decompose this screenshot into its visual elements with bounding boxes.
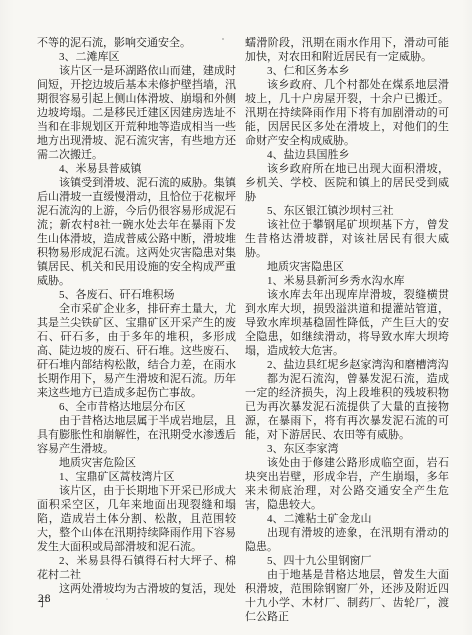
scan-speck	[222, 38, 224, 40]
paragraph: 由于昔格达地层属于半成岩地层，且具有膨胀性和崩解性，在汛期受水渗透后容易产生滑坡…	[37, 414, 236, 456]
paragraph: 5、各废石、矸石堆积场	[37, 288, 236, 302]
paragraph: 不等的泥石流，影响交通安全。	[37, 36, 236, 50]
paragraph: 1、宝鼎矿区蒿枝湾片区	[37, 470, 236, 484]
paragraph: 都为泥石流沟，曾暴发泥石流，造成一定的经济损失，沟上段堆积的残坡积物已为再次暴发…	[245, 372, 449, 442]
paragraph: 5、四十九公里钢窗厂	[245, 554, 449, 568]
paragraph: 该镇受到滑坡、泥石流的威胁。集镇后山滑坡一直缓慢滑动，且恰位于花椒坪泥石流沟的上…	[37, 176, 236, 288]
paragraph: 由于地基是昔格达地层，曾发生大面积滑坡，范围除钢窗厂外，还涉及附近四十九小学、木…	[245, 568, 449, 624]
paragraph: 4、米易县普威镇	[37, 162, 236, 176]
paragraph: 该处由于修建公路形成临空面，岩石块突出岩壁，形成伞岩，产生崩塌，多年来未彻底治理…	[245, 456, 449, 512]
text-column-right: 蠕滑阶段，汛期在雨水作用下，滑动可能加快，对农田和附近居民有一定威胁。3、仁和区…	[245, 36, 449, 624]
paragraph: 该片区一是环湖路依山而建，建成时间短，开挖边坡后基本未修护壁挡墙，汛期很容易引起…	[37, 64, 236, 162]
paragraph: 4、盐边县国胜乡	[245, 148, 449, 162]
paragraph: 地质灾害隐患区	[245, 260, 449, 274]
paragraph: 蠕滑阶段，汛期在雨水作用下，滑动可能加快，对农田和附近居民有一定威胁。	[245, 36, 449, 64]
paragraph: 地质灾害危险区	[37, 456, 236, 470]
text-column-left: 不等的泥石流，影响交通安全。3、二滩库区该片区一是环湖路依山而建，建成时间短，开…	[37, 36, 236, 610]
paragraph: 该乡政府所在地已出现大面积滑坡，乡机关、学校、医院和镇上的居民受到威胁	[245, 162, 449, 204]
paragraph: 1、米易县新河乡秀水沟水库	[245, 274, 449, 288]
paragraph: 全市采矿企业多，排矸弃土量大，尤其是兰尖铁矿区、宝鼎矿区开采产生的废石、矸石多，…	[37, 302, 236, 400]
paragraph: 2、米易县得石镇得石村大坪子、棉花村二社	[37, 554, 236, 582]
paragraph: 出现有滑坡的迹象，在汛期有滑动的隐患。	[245, 526, 449, 554]
paragraph: 5、东区银江镇沙坝村三社	[245, 204, 449, 218]
paragraph: 这两处滑坡均为古滑坡的复活，现处于	[37, 582, 236, 610]
paragraph: 3、二滩库区	[37, 50, 236, 64]
paragraph: 该乡政府、几个村都处在煤系地层滑坡上，几十户房屋开裂，十余户已搬迁。汛期在持续降…	[245, 78, 449, 148]
scan-speck	[106, 598, 108, 600]
scanned-document-page: 不等的泥石流，影响交通安全。3、二滩库区该片区一是环湖路依山而建，建成时间短，开…	[0, 0, 472, 635]
paragraph: 该片区，由于长期地下开采已形成大面积采空区，几年来地面出现裂缝和塌陷，造成岩土体…	[37, 484, 236, 554]
paragraph: 4、二滩粘土矿金龙山	[245, 512, 449, 526]
paragraph: 3、仁和区务本乡	[245, 64, 449, 78]
paragraph: 该社位于攀钢尾矿坝坝基下方，曾发生昔格达滑坡群，对该社居民有很大威胁。	[245, 218, 449, 260]
page-number: 28	[38, 593, 52, 605]
paragraph: 该水库去年出现库岸滑坡，裂缝横贯到水库大坝，损毁溢洪道和提灌站管道，导致水库坝基…	[245, 288, 449, 358]
paragraph: 3、东区李家湾	[245, 442, 449, 456]
paragraph: 2、盐边县红坭乡赵家湾沟和磨槽湾沟	[245, 358, 449, 372]
paragraph: 6、全市昔格达地层分布区	[37, 400, 236, 414]
